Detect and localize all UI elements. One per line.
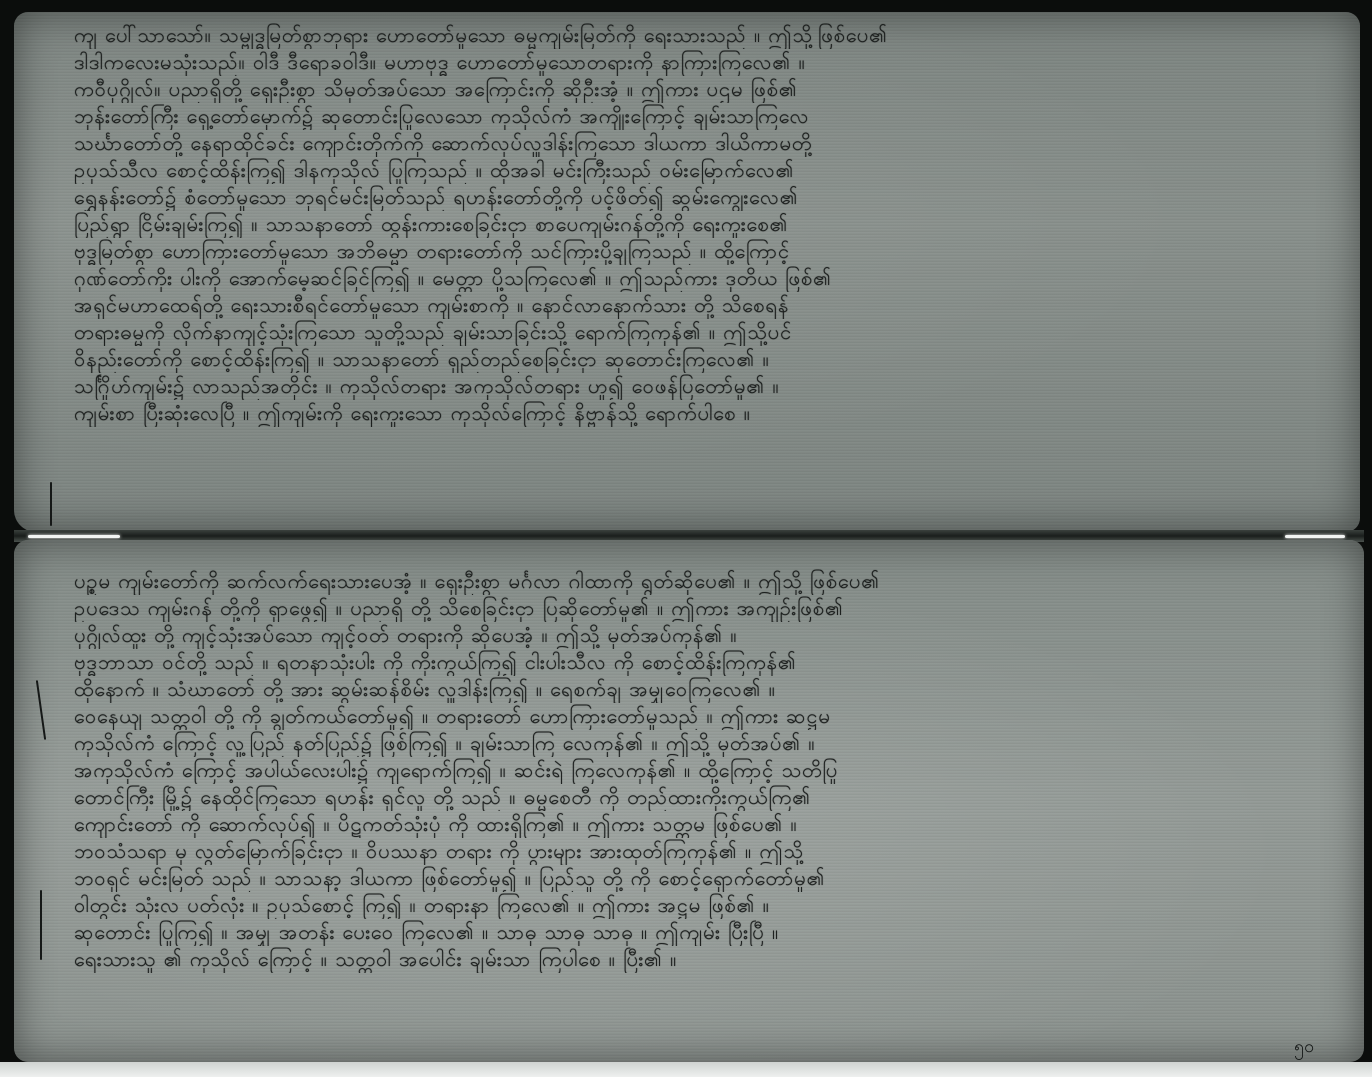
fold-light-reflection [28,535,120,538]
upper-folio-text-block: ကျ ပေါ်သာသော်။ သမ္ဗုဒ္ဓမြတ်စွာဘုရား ဟောတ… [74,22,1330,427]
manuscript-line: ကျ ပေါ်သာသော်။ သမ္ဗုဒ္ဓမြတ်စွာဘုရား ဟောတ… [74,22,1330,49]
manuscript-line: ဝိနည်းတော်ကို စောင့်ထိန်းကြ၍ ။ သာသနာတော်… [74,346,1330,373]
manuscript-line: ဆုတောင်း ပြုကြ၍ ။ အမျှ အတန်း ပေးဝေ ကြလေ၏… [74,919,1334,946]
manuscript-line: အရှင်မဟာထေရ်တို့ ရေးသားစီရင်တော်မူသော ကျ… [74,292,1330,319]
manuscript-line: ကုသိုလ်ကံ ကြောင့် လူ့ပြည် နတ်ပြည်၌ ဖြစ်က… [74,730,1334,757]
manuscript-line: ဥပဒေသ ကျမ်းဂန် တို့ကို ရှာဖွေ၍ ။ ပညာရှိ … [74,595,1334,622]
manuscript-line: တောင်ကြီး မြို့၌ နေထိုင်ကြသော ရဟန်း ရှင်… [74,784,1334,811]
manuscript-line: ဘုန်းတော်ကြီး ရှေ့တော်မှောက်၌ ဆုတောင်းပြ… [74,103,1330,130]
lower-folio-page: ပဉ္စမ ကျမ်းတော်ကို ဆက်လက်ရေးသားပေအံ့ ။ ရ… [14,540,1364,1062]
manuscript-line: ကဝီပုဂ္ဂိုလ်။ ပညာရှိတို့ ရှေးဦးစွာ သိမှတ… [74,76,1330,103]
manuscript-line: တရားဓမ္မကို လိုက်နာကျင့်သုံးကြသော သူတို့… [74,319,1330,346]
manuscript-line: ပဉ္စမ ကျမ်းတော်ကို ဆက်လက်ရေးသားပေအံ့ ။ ရ… [74,568,1334,595]
manuscript-line: ဝေနေယျ သတ္တဝါ တို့ ကို ချွတ်ကယ်တော်မူ၍ ။… [74,703,1334,730]
manuscript-scan: ကျ ပေါ်သာသော်။ သမ္ဗုဒ္ဓမြတ်စွာဘုရား ဟောတ… [0,0,1372,1077]
manuscript-line: ဘဝသံသရာ မှ လွတ်မြောက်ခြင်းငှာ ။ ဝိပဿနာ တ… [74,838,1334,865]
scan-bottom-edge [0,1062,1372,1077]
manuscript-line: ကျမ်းစာ ပြီးဆုံးလေပြီ ။ ဤကျမ်းကို ရေးကူး… [74,400,1330,427]
manuscript-line: ပြည်ရွာ ငြိမ်းချမ်းကြ၍ ။ သာသနာတော် ထွန်း… [74,211,1330,238]
margin-stroke-mark [40,890,42,960]
manuscript-line: ထိုနောက် ။ သံဃာတော် တို့ အား ဆွမ်းဆန်စိမ… [74,676,1334,703]
manuscript-line: ဗုဒ္ဓမြတ်စွာ ဟောကြားတော်မူသော အဘိဓမ္မာ တ… [74,238,1330,265]
manuscript-line: ဂုဏ်တော်ကိုး ပါးကို အောက်မေ့ဆင်ခြင်ကြ၍ ။… [74,265,1330,292]
margin-stroke-mark [50,482,52,526]
folio-number: ၅၀ [1294,1034,1314,1061]
manuscript-line: ပုဂ္ဂိုလ်ထူး တို့ ကျင့်သုံးအပ်သော ကျင့်ဝ… [74,622,1334,649]
margin-stroke-mark [36,680,46,740]
manuscript-line: ဗုဒ္ဓဘာသာ ဝင်တို့ သည် ။ ရတနာသုံးပါး ကို … [74,649,1334,676]
manuscript-line: ဒါဒါကလေးမသုံးသည်။ ဝါဒီ ဒီရောခဝါဒီ။ မဟာဗု… [74,49,1330,76]
manuscript-line: ဘဝရှင် မင်းမြတ် သည် ။ သာသနာ့ ဒါယကာ ဖြစ်တ… [74,865,1334,892]
upper-folio-page: ကျ ပေါ်သာသော်။ သမ္ဗုဒ္ဓမြတ်စွာဘုရား ဟောတ… [14,12,1360,532]
manuscript-line: ရွှေနန်းတော်၌ စံတော်မူသော ဘုရင်မင်းမြတ်သ… [74,184,1330,211]
manuscript-line: ဥပုသ်သီလ စောင့်ထိန်းကြ၍ ဒါနကုသိုလ် ပြုကြ… [74,157,1330,184]
lower-folio-text-block: ပဉ္စမ ကျမ်းတော်ကို ဆက်လက်ရေးသားပေအံ့ ။ ရ… [74,568,1334,973]
manuscript-line: သင်္ဃာတော်တို့ နေရာထိုင်ခင်း ကျောင်းတိုက… [74,130,1330,157]
manuscript-line: ရေးသားသူ ၏ ကုသိုလ် ကြောင့် ။ သတ္တဝါ အပေါ… [74,946,1334,973]
fold-light-reflection [1285,535,1345,538]
manuscript-line: ဝါတွင်း သုံးလ ပတ်လုံး ။ ဥပုသ်စောင့် ကြ၍ … [74,892,1334,919]
manuscript-line: အကုသိုလ်ကံ ကြောင့် အပါယ်လေးပါး၌ ကျရောက်က… [74,757,1334,784]
manuscript-line: ကျောင်းတော် ကို ဆောက်လုပ်၍ ။ ပိဋကတ်သုံးပ… [74,811,1334,838]
manuscript-line: သင်္ဂြိုဟ်ကျမ်း၌ လာသည်အတိုင်း ။ ကုသိုလ်တ… [74,373,1330,400]
